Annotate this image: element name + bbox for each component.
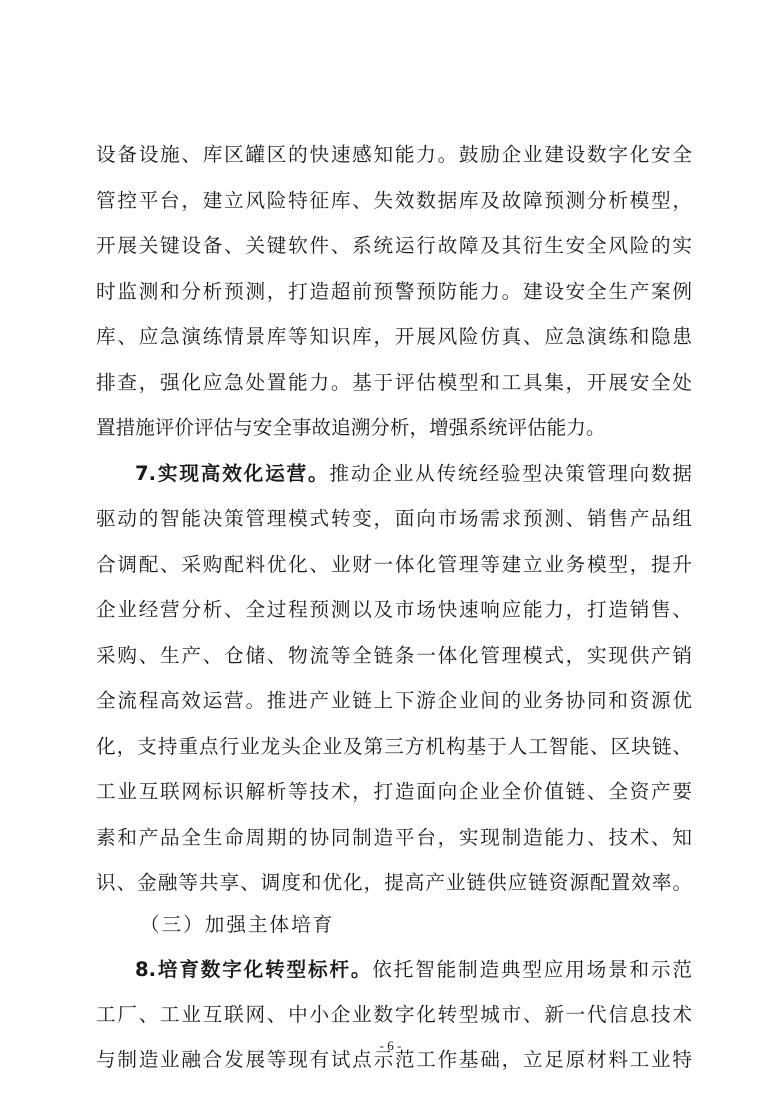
section-8-first-line: 8.培育数字化转型标杆。依托智能制造典型应用场景和示范 (135, 955, 692, 985)
paragraph-line: 素和产品全生命周期的协同制造平台，实现制造能力、技术、知 (96, 823, 692, 853)
paragraph-line: 识、金融等共享、调度和优化，提高产业链供应链资源配置效率。 (96, 868, 692, 898)
paragraph-line: 管控平台，建立风险特征库、失效数据库及故障预测分析模型， (96, 186, 692, 216)
paragraph-line: 工业互联网标识解析等技术，打造面向企业全价值链、全资产要 (96, 777, 692, 807)
paragraph-line: 开展关键设备、关键软件、系统运行故障及其衍生安全风险的实 (96, 231, 692, 261)
section-7-first-line: 7.实现高效化运营。推动企业从传统经验型决策管理向数据 (135, 459, 692, 489)
paragraph-line: 全流程高效运营。推进产业链上下游企业间的业务协同和资源优 (96, 686, 692, 716)
paragraph-line: 库、应急演练情景库等知识库，开展风险仿真、应急演练和隐患 (96, 322, 692, 352)
document-page: 设备设施、库区罐区的快速感知能力。鼓励企业建设数字化安全 管控平台，建立风险特征… (0, 0, 781, 1113)
paragraph-line: 驱动的智能决策管理模式转变，面向市场需求预测、销售产品组 (96, 504, 692, 534)
paragraph-line: 企业经营分析、全过程预测以及市场快速响应能力，打造销售、 (96, 595, 692, 625)
paragraph-line: 化，支持重点行业龙头企业及第三方机构基于人工智能、区块链、 (96, 732, 692, 762)
paragraph-line: 设备设施、库区罐区的快速感知能力。鼓励企业建设数字化安全 (96, 140, 692, 170)
section-8-title: 8.培育数字化转型标杆。 (135, 958, 372, 981)
paragraph-line: 合调配、采购配料优化、业财一体化管理等建立业务模型，提升 (96, 550, 692, 580)
section-7-title: 7.实现高效化运营。 (135, 462, 329, 485)
paragraph-line: 置措施评价评估与安全事故追溯分析，增强系统评估能力。 (96, 413, 692, 443)
paragraph-line: 排查，强化应急处置能力。基于评估模型和工具集，开展安全处 (96, 368, 692, 398)
section-heading: （三）加强主体培育 (140, 910, 697, 940)
section-8-text: 依托智能制造典型应用场景和示范 (372, 958, 692, 981)
paragraph-line: 时监测和分析预测，打造超前预警预防能力。建设安全生产案例 (96, 277, 692, 307)
paragraph-line: 工厂、工业互联网、中小企业数字化转型城市、新一代信息技术 (96, 1000, 692, 1030)
paragraph-line: 采购、生产、仓储、物流等全链条一体化管理模式，实现供产销 (96, 641, 692, 671)
page-number: - 6 - (0, 1038, 781, 1054)
section-7-text: 推动企业从传统经验型决策管理向数据 (329, 462, 692, 485)
